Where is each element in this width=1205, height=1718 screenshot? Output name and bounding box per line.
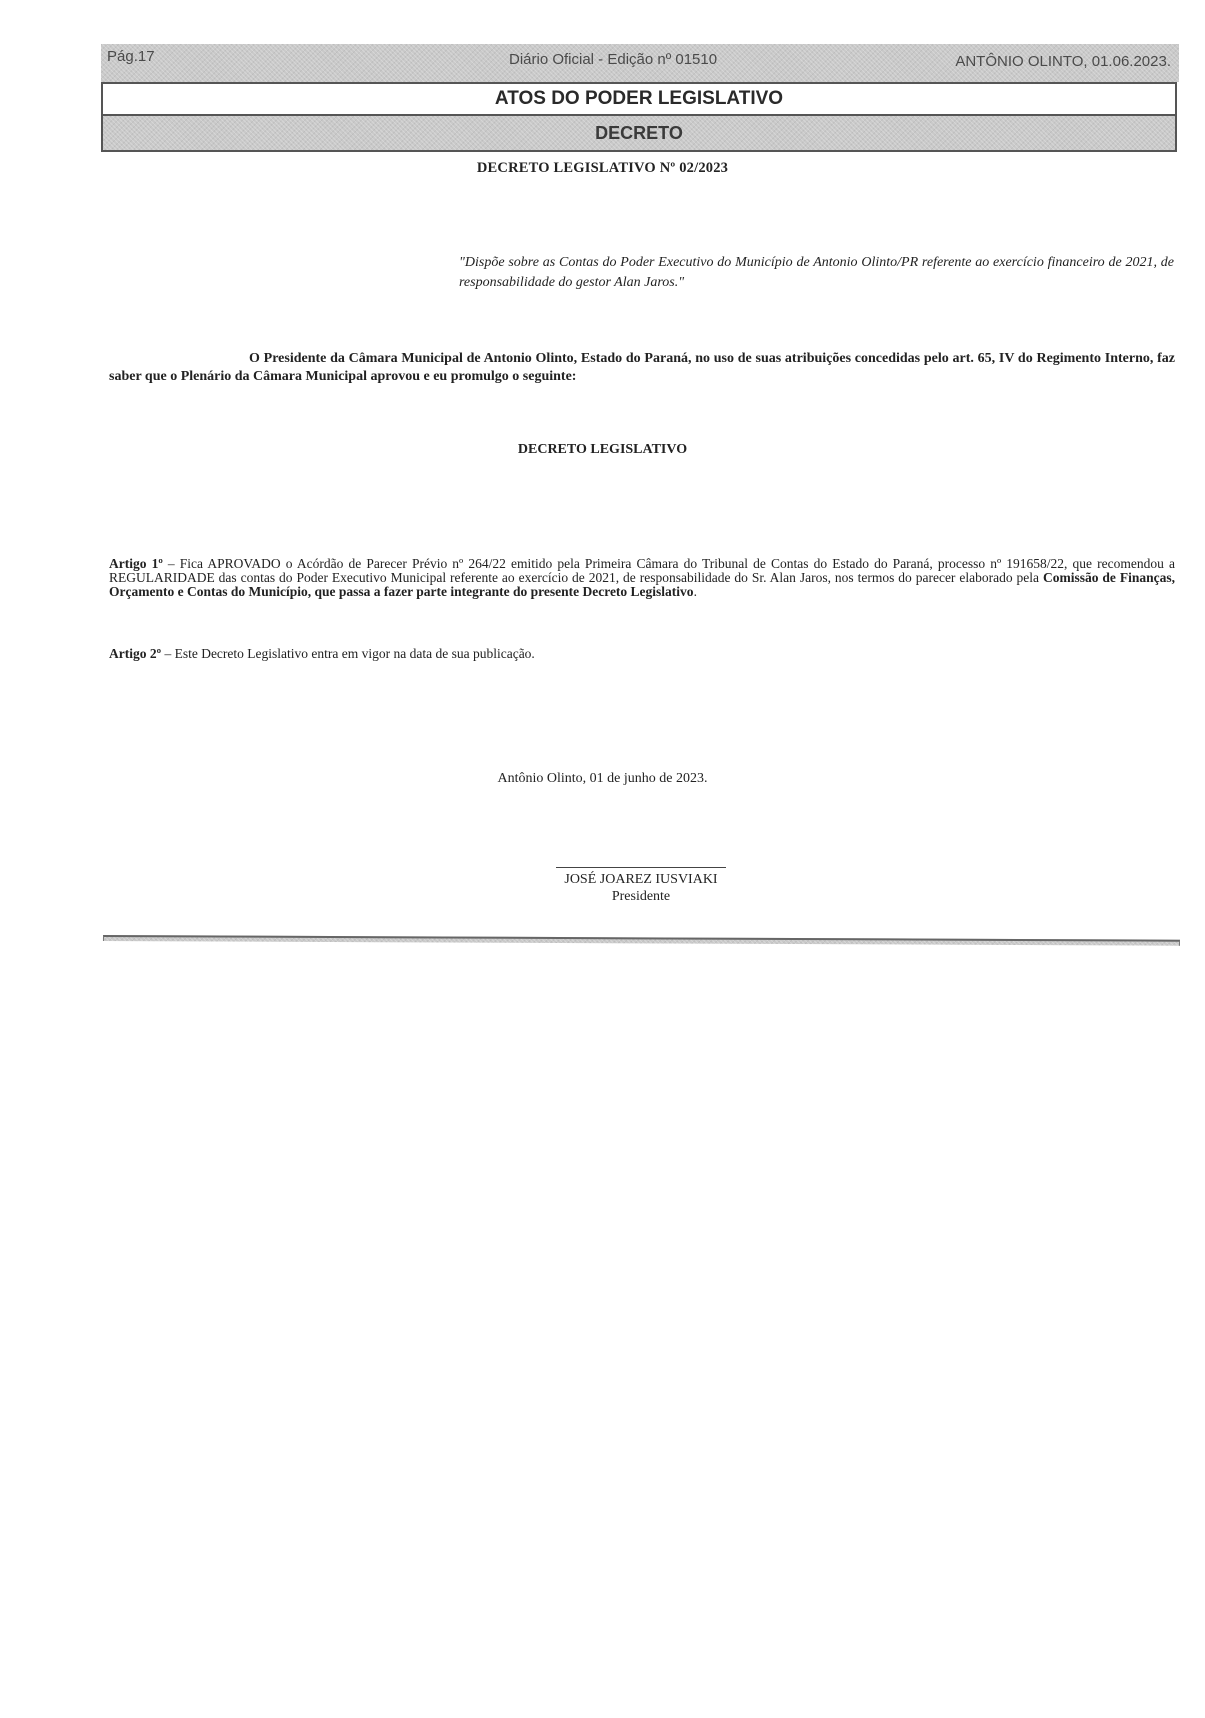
section-title: ATOS DO PODER LEGISLATIVO (103, 84, 1175, 116)
article-2-label: Artigo 2º (109, 646, 161, 661)
section-box: ATOS DO PODER LEGISLATIVO DECRETO (101, 82, 1177, 152)
signatory-name: JOSÉ JOAREZ IUSVIAKI (0, 872, 1205, 888)
gazette-page: Pág.17 Diário Oficial - Edição nº 01510 … (0, 0, 1205, 1718)
ementa: "Dispõe sobre as Contas do Poder Executi… (459, 253, 1174, 293)
place-date: Antônio Olinto, 01 de junho de 2023. (0, 771, 1205, 787)
article-1-text: – Fica APROVADO o Acórdão de Parecer Pré… (109, 556, 1175, 585)
article-1-end: . (694, 584, 697, 599)
document-title: DECRETO LEGISLATIVO Nº 02/2023 (0, 160, 1205, 177)
article-2: Artigo 2º – Este Decreto Legislativo ent… (109, 647, 1175, 661)
article-2-text: – Este Decreto Legislativo entra em vigo… (161, 646, 535, 661)
preamble: O Presidente da Câmara Municipal de Anto… (109, 350, 1175, 386)
gazette-header-bar: Pág.17 Diário Oficial - Edição nº 01510 … (101, 44, 1179, 82)
signatory-role: Presidente (0, 889, 1205, 905)
bottom-divider (103, 935, 1180, 946)
section-subtitle: DECRETO (103, 116, 1175, 150)
article-1-label: Artigo 1º (109, 556, 163, 571)
page-number: Pág.17 (107, 48, 155, 65)
signature-line (556, 867, 726, 868)
city-date: ANTÔNIO OLINTO, 01.06.2023. (955, 53, 1171, 70)
decree-heading: DECRETO LEGISLATIVO (0, 442, 1205, 458)
article-1: Artigo 1º – Fica APROVADO o Acórdão de P… (109, 557, 1175, 599)
edition-label: Diário Oficial - Edição nº 01510 (509, 51, 717, 68)
